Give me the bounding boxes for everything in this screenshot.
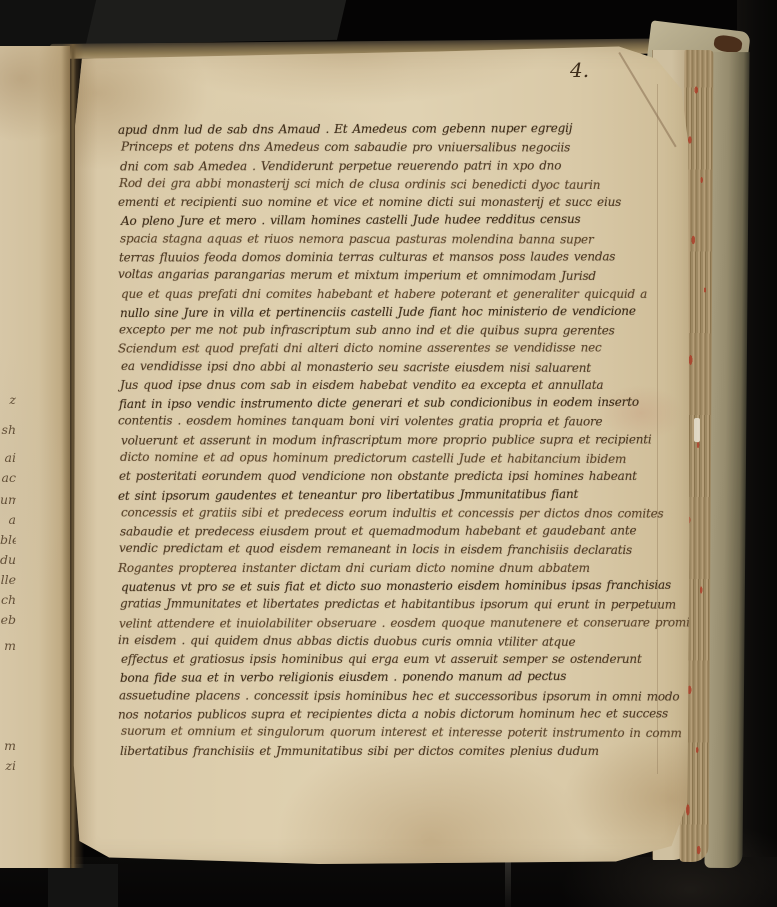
text-line: nos notarios publicos supra et recipient… xyxy=(118,704,668,723)
text-line: vendic predictam et quod eisdem remanean… xyxy=(119,539,632,559)
text-line: ementi et recipienti suo nomine et vice … xyxy=(118,193,621,211)
manuscript-photo: zshaiacumabledulllechebmmzi 4. apud dnm … xyxy=(0,0,777,907)
left-page-ink-fragment: um xyxy=(0,492,16,510)
text-line: que et quas prefati dni comites habebant… xyxy=(121,285,647,303)
text-line: libertatibus franchisiis et Jmmunitatibu… xyxy=(120,742,599,760)
text-line: assuetudine placens . concessit ipsis ho… xyxy=(119,686,679,705)
text-line: Rogantes propterea instanter dictam dni … xyxy=(118,559,590,577)
left-page-ink-fragment: sh xyxy=(0,422,16,440)
text-line: terras fluuios feoda domos dominia terra… xyxy=(119,247,615,266)
text-line: et sint ipsorum gaudentes et teneantur p… xyxy=(118,485,578,505)
background-scratch xyxy=(505,860,511,907)
text-line: Jus quod ipse dnus com sab in eisdem hab… xyxy=(120,376,603,394)
text-line: velint attendere et inuiolabiliter obser… xyxy=(119,613,704,632)
text-line: gratias Jmmunitates et libertates predic… xyxy=(120,595,676,614)
text-line: Rod dei gra abbi monasterij sci mich de … xyxy=(119,174,600,194)
text-line: Sciendum est quod prefati dni alteri dic… xyxy=(118,339,602,358)
text-line: sabaudie et predecess eiusdem prout et q… xyxy=(120,522,636,541)
text-block: apud dnm lud de sab dns Amaud . Et Amede… xyxy=(118,120,670,800)
left-page-ink-fragment: ch xyxy=(0,592,16,610)
text-line: in eisdem . qui quidem dnus abbas dictis… xyxy=(118,631,576,651)
left-page-edge: zshaiacumabledulllechebmmzi xyxy=(0,46,70,868)
left-page-ink-fragment: ac xyxy=(0,470,16,488)
text-line: excepto per me not pub infrascriptum sub… xyxy=(119,321,615,340)
background-patch xyxy=(86,0,348,44)
text-line: bona fide sua et in verbo religionis eiu… xyxy=(120,667,566,687)
left-page-ink-fragment: dul xyxy=(0,552,16,570)
text-line: Princeps et potens dns Amedeus com sabau… xyxy=(121,138,570,157)
left-page-ink-fragment: z xyxy=(0,392,16,410)
text-line: dni com sab Amedea . Vendiderunt perpetu… xyxy=(120,156,561,175)
left-page-ink-fragment: ai xyxy=(0,450,16,468)
text-line: dicto nomine et ad opus hominum predicto… xyxy=(120,448,626,468)
left-page-ink-fragment: a xyxy=(0,512,16,530)
left-page-ink-fragment: m xyxy=(0,638,16,656)
text-line: Ao pleno Jure et mero . villam homines c… xyxy=(121,210,581,230)
folio-number: 4. xyxy=(570,58,589,82)
text-line: et posteritati eorundem quod vendicione … xyxy=(119,467,637,485)
text-line: suorum et omnium et singulorum quorum in… xyxy=(121,722,682,742)
bookmark-sliver xyxy=(694,418,700,442)
text-line: voltas angarias parangarias merum et mix… xyxy=(118,265,596,285)
background-patch xyxy=(48,864,118,907)
text-line: voluerunt et asserunt in modum infrascri… xyxy=(121,430,652,449)
left-page-ink-fragment: zi xyxy=(0,758,16,776)
manuscript-page: 4. apud dnm lud de sab dns Amaud . Et Am… xyxy=(72,44,690,864)
text-line: ea vendidisse ipsi dno abbi al monasteri… xyxy=(121,357,591,377)
left-page-ink-fragment: ble xyxy=(0,532,16,550)
left-page-ink-fragment: lle xyxy=(0,572,16,590)
text-line: fiant in ipso vendic instrumento dicte g… xyxy=(119,393,639,413)
text-line: effectus et gratiosus ipsis hominibus qu… xyxy=(121,650,642,668)
text-line: nullo sine Jure in villa et pertinenciis… xyxy=(120,302,636,322)
text-line: quatenus vt pro se et suis fiat et dicto… xyxy=(121,576,671,596)
text-line: apud dnm lud de sab dns Amaud . Et Amede… xyxy=(118,119,572,139)
left-page-ink-fragment: m xyxy=(0,738,16,756)
text-line: concessis et gratiis sibi et predecess e… xyxy=(121,503,664,522)
left-page-ink-fragment: eb xyxy=(0,612,16,630)
text-line: spacia stagna aquas et riuos nemora pasc… xyxy=(120,229,594,248)
text-line: contentis . eosdem homines tanquam boni … xyxy=(118,412,602,431)
